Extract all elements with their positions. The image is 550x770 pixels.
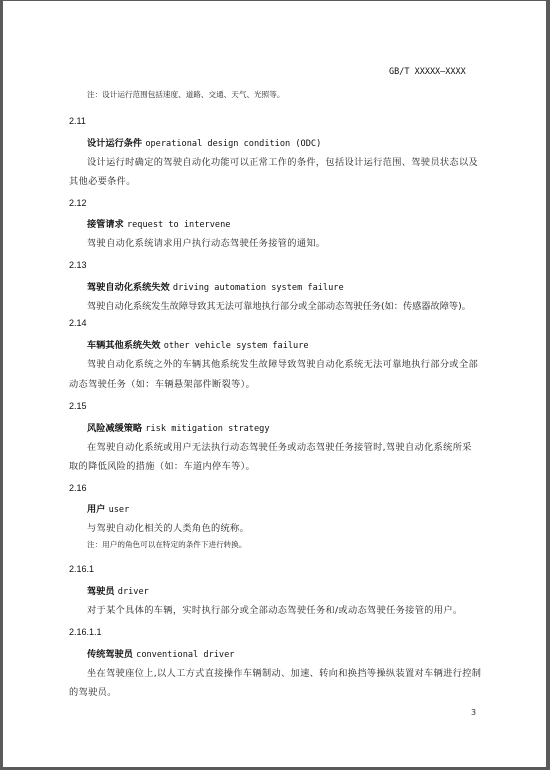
top-note: 注：设计运行范围包括速度、道路、交通、天气、光照等。 [87,89,284,100]
definition-line: 驾驶自动化系统请求用户执行动态驾驶任务接管的通知。 [87,235,325,249]
page-number: 3 [471,708,476,717]
term-en: user [109,505,130,515]
term-en: driving automation system failure [173,283,344,293]
term-zh: 风险减缓策略 [87,423,142,434]
term-en: request to intervene [127,220,230,230]
term-zh: 车辆其他系统失效 [87,340,161,351]
term-heading: 设计运行条件 operational design condition (ODC… [87,135,321,149]
term-heading: 风险减缓策略 risk mitigation strategy [87,420,270,434]
term-zh: 用户 [87,504,105,515]
term-en: risk mitigation strategy [145,424,269,434]
clause-number: 2.11 [69,116,86,126]
term-zh: 传统驾驶员 [87,649,133,660]
term-en: driver [118,587,149,597]
clause-number: 2.14 [69,318,87,328]
standard-code: GB/T XXXXX—XXXX [389,67,466,77]
definition-line: 与驾驶自动化相关的人类角色的统称。 [87,520,249,534]
entry-note: 注：用户的角色可以在特定的条件下进行转换。 [87,539,246,550]
term-zh: 驾驶员 [87,586,115,597]
term-heading: 驾驶自动化系统失效 driving automation system fail… [87,279,344,293]
clause-number: 2.16 [69,483,87,493]
term-heading: 接管请求 request to intervene [87,216,230,230]
definition-line: 取的降低风险的措施（如：车道内停车等）。 [69,458,255,472]
definition-line: 在驾驶自动化系统或用户无法执行动态驾驶任务或动态驾驶任务接管时,驾驶自动化系统所… [87,439,472,453]
term-heading: 车辆其他系统失效 other vehicle system failure [87,337,309,351]
term-en: conventional driver [136,650,234,660]
term-zh: 设计运行条件 [87,138,142,149]
term-heading: 驾驶员 driver [87,583,149,597]
definition-line: 坐在驾驶座位上,以人工方式直接操作车辆制动、加速、转向和换挡等操纵装置对车辆进行… [87,665,481,679]
clause-number: 2.12 [69,198,87,208]
clause-number: 2.16.1 [69,564,94,574]
clause-number: 2.13 [69,260,87,270]
definition-line: 对于某个具体的车辆，实时执行部分或全部动态驾驶任务和/或动态驾驶任务接管的用户。 [87,602,462,616]
document-page: GB/T XXXXX—XXXX 注：设计运行范围包括速度、道路、交通、天气、光照… [3,1,546,767]
term-heading: 用户 user [87,501,129,515]
term-heading: 传统驾驶员 conventional driver [87,646,234,660]
term-en: operational design condition (ODC) [145,139,321,149]
clause-number: 2.15 [69,401,87,411]
definition-line: 设计运行时确定的驾驶自动化功能可以正常工作的条件，包括设计运行范围、驾驶员状态以… [87,154,478,168]
term-en: other vehicle system failure [164,341,309,351]
definition-line: 的驾驶员。 [69,684,117,698]
definition-line: 其他必要条件。 [69,173,136,187]
term-zh: 接管请求 [87,219,124,230]
clause-number: 2.16.1.1 [69,627,102,637]
definition-line: 驾驶自动化系统之外的车辆其他系统发生故障导致驾驶自动化系统无法可靠地执行部分或全… [87,356,478,370]
definition-line: 动态驾驶任务（如：车辆悬架部件断裂等）。 [69,376,255,390]
definition-line: 驾驶自动化系统发生故障导致其无法可靠地执行部分或全部动态驾驶任务(如：传感器故障… [87,298,471,312]
term-zh: 驾驶自动化系统失效 [87,282,170,293]
